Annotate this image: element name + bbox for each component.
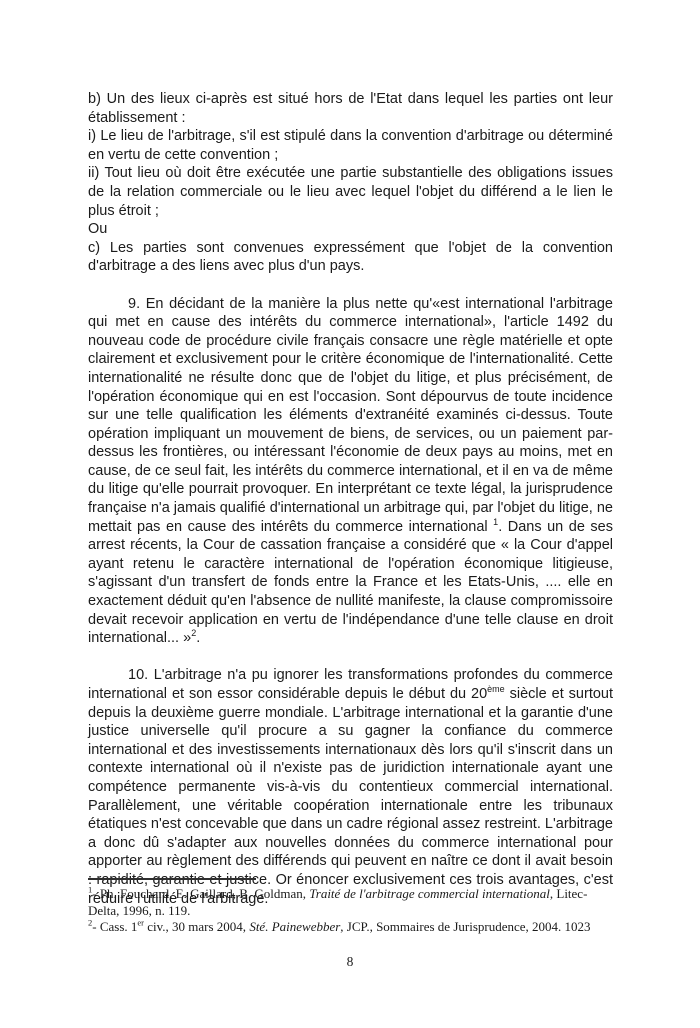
text-run: c) Les parties sont convenues expresséme… [88,240,613,275]
text-run: ii) Tout lieu où doit être exécutée une … [88,165,613,218]
footnote-separator [88,878,256,880]
document-page: b) Un des lieux ci-après est situé hors … [0,0,700,1028]
superscript-marker: ème [487,684,505,694]
clause-ou: Ou [88,220,613,239]
text-run: i) Le lieu de l'arbitrage, s'il est stip… [88,128,613,163]
paragraph-10: 10. L'arbitrage n'a pu ignorer les trans… [88,666,613,908]
footnote-2: 2- Cass. 1er civ., 30 mars 2004, Sté. Pa… [88,919,613,936]
italic-citation: Sté. Painewebber [249,919,340,934]
italic-citation: Traité de l'arbitrage commercial interna… [309,886,550,901]
text-run: , JCP., Sommaires de Jurisprudence, 2004… [340,919,590,934]
text-run: Ou [88,221,107,237]
clause-b: b) Un des lieux ci-après est situé hors … [88,90,613,127]
clause-i: i) Le lieu de l'arbitrage, s'il est stip… [88,127,613,164]
page-number: 8 [0,954,700,970]
text-run: - Ph. Fouchard, E. Gaillard, B. Goldman, [92,886,309,901]
text-run: - Cass. 1 [92,919,137,934]
superscript-marker: er [137,918,144,928]
text-run: civ., 30 mars 2004, [144,919,249,934]
text-run: siècle et surtout depuis la deuxième gue… [88,686,613,907]
body-text: b) Un des lieux ci-après est situé hors … [88,90,613,908]
text-run: b) Un des lieux ci-après est situé hors … [88,91,613,126]
clause-c: c) Les parties sont convenues expresséme… [88,239,613,276]
text-run: . [196,630,200,646]
paragraph-9: 9. En décidant de la manière la plus net… [88,295,613,648]
footnotes-section: 1- Ph. Fouchard, E. Gaillard, B. Goldman… [88,878,613,936]
clause-ii: ii) Tout lieu où doit être exécutée une … [88,164,613,220]
footnote-1: 1- Ph. Fouchard, E. Gaillard, B. Goldman… [88,886,613,919]
text-run: 9. En décidant de la manière la plus net… [88,296,613,535]
text-run: . Dans un de ses arrest récents, la Cour… [88,519,613,647]
